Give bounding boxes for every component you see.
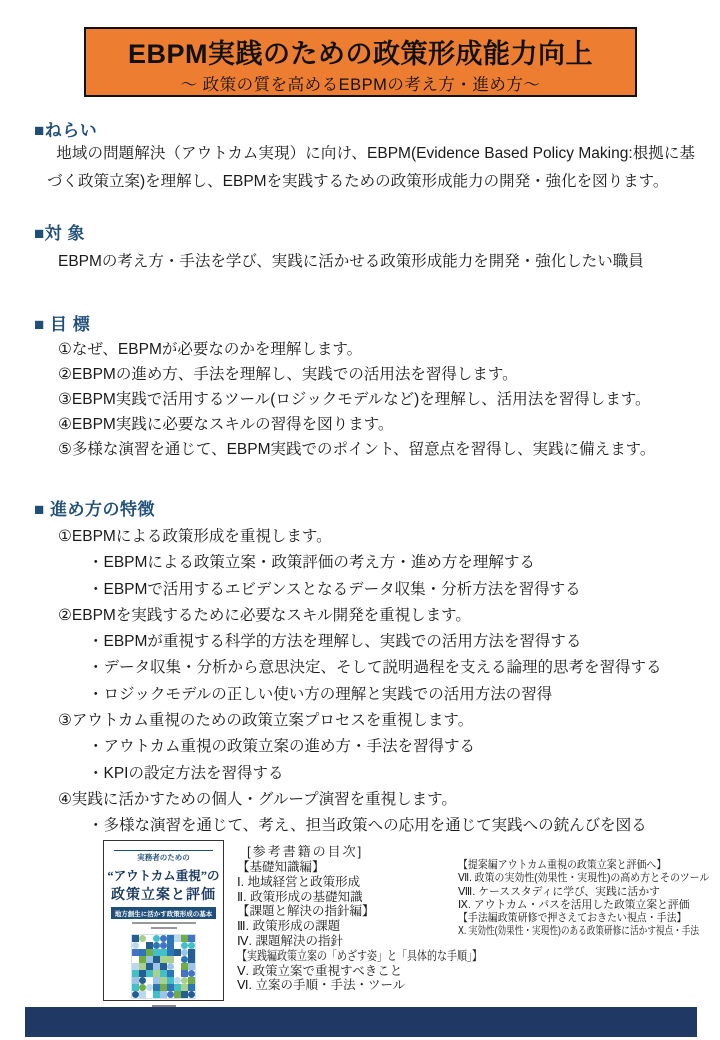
book-author-line: [132, 922, 196, 925]
flyer-page: { "banner": { "title": "EBPM実践のための政策形成能力…: [0, 0, 720, 1040]
section-heading-mokuhyo: ■ 目 標: [34, 310, 90, 335]
goal-item: ③EBPM実践で活用するツール(ロジックモデルなど)を理解し、活用法を習得します…: [58, 388, 708, 413]
goal-item: ②EBPMの進め方、手法を理解し、実践での活用法を習得します。: [58, 363, 708, 388]
goal-list: ①なぜ、EBPMが必要なのかを理解します。 ②EBPMの進め方、手法を理解し、実…: [58, 338, 708, 463]
toc-item: Ⅵ. 立案の手順・手法・ツール: [237, 978, 455, 993]
taisho-body: EBPMの考え方・手法を学び、実践に活かせる政策形成能力を開発・強化したい職員: [58, 249, 698, 271]
book-author-line: [151, 927, 177, 930]
goal-item: ①なぜ、EBPMが必要なのかを理解します。: [58, 338, 708, 363]
section-heading-features: ■ 進め方の特徴: [34, 495, 155, 520]
reference-toc-right-column: 【提案編アウトカム重視の政策立案と評価へ】 Ⅶ. 政策の実効性(効果性・実現性)…: [458, 859, 716, 939]
feature-item: ②EBPMを実践するために必要なスキル開発を重視します。: [58, 603, 713, 629]
feature-subitem: ・データ収集・分析から意思決定、そして説明過程を支える論理的思考を習得する: [58, 655, 713, 681]
book-title-line1: “アウトカム重視”の: [104, 866, 223, 884]
title-banner: EBPM実践のための政策形成能力向上 〜 政策の質を高めるEBPMの考え方・進め…: [84, 27, 637, 97]
feature-item: ③アウトカム重視のための政策立案プロセスを重視します。: [58, 708, 713, 734]
feature-subitem: ・多様な演習を通じて、考え、担当政策への応用を通じて実践への銃んびを図る: [58, 813, 713, 839]
page-subtitle: 〜 政策の質を高めるEBPMの考え方・進め方〜: [86, 71, 635, 95]
toc-item: Ⅳ. 課題解決の指針: [237, 934, 455, 949]
goal-item: ④EBPM実践に必要なスキルの習得を図ります。: [58, 413, 708, 438]
feature-subitem: ・KPIの設定方法を習得する: [58, 761, 713, 787]
feature-subitem: ・EBPMが重視する科学的方法を理解し、実践での活用方法を習得する: [58, 629, 713, 655]
reference-toc-heading: [参考書籍の目次]: [247, 841, 363, 860]
toc-item: Ⅴ. 政策立案で重視すべきこと: [237, 964, 455, 979]
feature-subitem: ・アウトカム重視の政策立案の進め方・手法を習得する: [58, 734, 713, 760]
toc-item: 【実践編政策立案の「めざす姿」と「具体的な手順」】: [237, 949, 482, 964]
feature-subitem: ・ロジックモデルの正しい使い方の理解と実践での活用方法の習得: [58, 682, 713, 708]
section-heading-taisho: ■対 象: [34, 219, 85, 244]
footer-bar: [25, 1007, 697, 1037]
feature-item: ④実践に活かすための個人・グループ演習を重視します。: [58, 787, 713, 813]
book-cover: 実務者のための “アウトカム重視”の 政策立案と評価 地方創生に活かす政策形成の…: [103, 840, 224, 1001]
feature-list: ①EBPMによる政策形成を重視します。 ・EBPMによる政策立案・政策評価の考え…: [58, 524, 713, 840]
toc-item: Ⅹ. 実効性(効果性・実現性)のある政策研修に活かす視点・手法: [458, 925, 699, 938]
feature-item: ①EBPMによる政策形成を重視します。: [58, 524, 713, 550]
toc-item: Ⅱ. 政策形成の基礎知識: [237, 890, 455, 905]
feature-subitem: ・EBPMで活用するエビデンスとなるデータ収集・分析方法を習得する: [58, 577, 713, 603]
toc-item: 【課題と解決の指針編】: [237, 904, 455, 919]
toc-item: 【基礎知識編】: [237, 860, 455, 875]
toc-item: Ⅲ. 政策形成の課題: [237, 919, 455, 934]
goal-item: ⑤多様な演習を通じて、EBPM実践でのポイント、留意点を習得し、実践に備えます。: [58, 438, 708, 463]
section-heading-nerai: ■ねらい: [34, 116, 97, 141]
toc-item: Ⅷ. ケーススタディに学び、実践に活かす: [458, 886, 716, 899]
toc-item: Ⅰ. 地域経営と政策形成: [237, 875, 455, 890]
book-cover-mosaic-image: [131, 934, 196, 999]
book-title-line2: 政策立案と評価: [104, 884, 223, 904]
nerai-body: 地域の問題解決（アウトカム実現）に向け、EBPM(Evidence Based …: [47, 140, 695, 195]
toc-item: Ⅶ. 政策の実効性(効果性・実現性)の高め方とそのツール: [458, 872, 709, 885]
book-subtitle-band: 地方創生に活かす政策形成の基本: [111, 907, 216, 919]
reference-toc-left-column: 【基礎知識編】 Ⅰ. 地域経営と政策形成 Ⅱ. 政策形成の基礎知識 【課題と解決…: [237, 860, 455, 993]
page-title: EBPM実践のための政策形成能力向上: [86, 32, 635, 71]
feature-subitem: ・EBPMによる政策立案・政策評価の考え方・進め方を理解する: [58, 550, 713, 576]
toc-item: 【提案編アウトカム重視の政策立案と評価へ】: [458, 859, 666, 872]
toc-item: Ⅸ. アウトカム・パスを活用した政策立案と評価: [458, 899, 716, 912]
toc-item: 【手法編政策研修で押さえておきたい視点・手法】: [458, 912, 686, 925]
book-tagline: 実務者のための: [114, 850, 213, 863]
